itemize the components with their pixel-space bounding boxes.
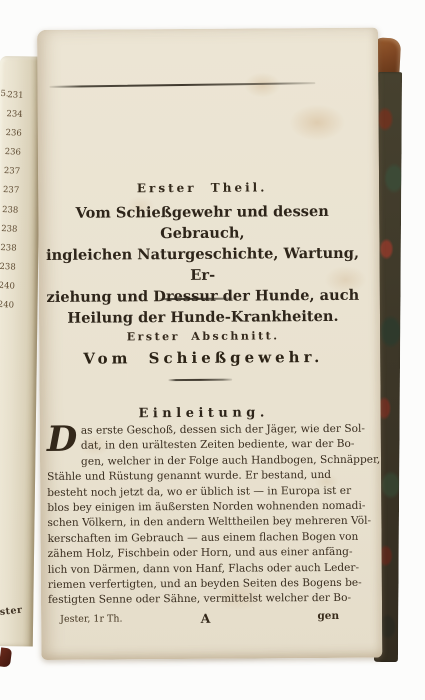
section-title: Vom Schießgewehr. <box>45 348 361 368</box>
divider-rule-top <box>49 82 315 88</box>
part-heading: Erster Theil. <box>44 180 360 196</box>
toc-page-number: 240 <box>0 281 15 301</box>
title-line: ingleichen Naturgeschichte, Wartung, Er- <box>45 243 361 287</box>
toc-page-number: 240 <box>0 300 14 320</box>
footer-author-volume: Jester, 1r Th. <box>60 613 122 624</box>
catchword: gen <box>317 610 339 622</box>
toc-page-number: 237 <box>3 166 20 186</box>
toc-page-number: 238 <box>1 205 18 225</box>
body-text: D as erste Geschoß, dessen sich der Jäge… <box>47 422 363 609</box>
toc-page-number: 231 <box>7 90 24 110</box>
body-line: Stähle und Rüstung genannt wurde. Er bes… <box>47 468 362 486</box>
page-content: Erster Theil. Vom Schießgewehr und desse… <box>43 28 363 660</box>
toc-page-number: 236 <box>5 128 22 148</box>
title-line: ziehung und Dressur der Hunde, auch <box>45 285 361 308</box>
body-line: zähem Holz, Fischbein oder Horn, und aus… <box>48 545 363 563</box>
previous-footer-fragment: ester <box>0 605 23 619</box>
body-line: festigten Senne oder Sähne, vermittelst … <box>48 591 363 609</box>
title-line: Vom Schießgewehr und dessen Gebrauch, <box>44 201 360 245</box>
signature-mark: A <box>201 611 211 626</box>
toc-page-number: 238 <box>0 243 17 263</box>
toc-page-number: 238 <box>0 262 16 282</box>
toc-page-numbers: 231 234 236 236 237 237 238 238 238 238 … <box>0 90 24 320</box>
toc-page-number: 236 <box>4 147 21 167</box>
section-heading: Erster Abschnitt. <box>45 329 361 344</box>
subsection-heading: Einleitung. <box>46 405 362 422</box>
previous-page-edge: 5. 231 234 236 236 237 237 238 238 238 2… <box>0 56 41 647</box>
drop-cap: D <box>47 425 77 455</box>
toc-page-number: 234 <box>6 109 23 129</box>
divider-rule-small <box>168 379 232 381</box>
photo-backdrop: 5. 231 234 236 236 237 237 238 238 238 2… <box>0 0 425 700</box>
toc-page-number: 237 <box>2 185 19 205</box>
body-line: schen Völkern, in den andern Welttheilen… <box>47 514 362 532</box>
title-block: Vom Schießgewehr und dessen Gebrauch, in… <box>44 201 361 329</box>
toc-page-number: 238 <box>1 224 18 244</box>
page-footer: Jester, 1r Th. A gen <box>48 610 363 628</box>
book-page: Erster Theil. Vom Schießgewehr und desse… <box>37 28 382 660</box>
title-line: Heilung der Hunde-Krankheiten. <box>45 306 361 329</box>
